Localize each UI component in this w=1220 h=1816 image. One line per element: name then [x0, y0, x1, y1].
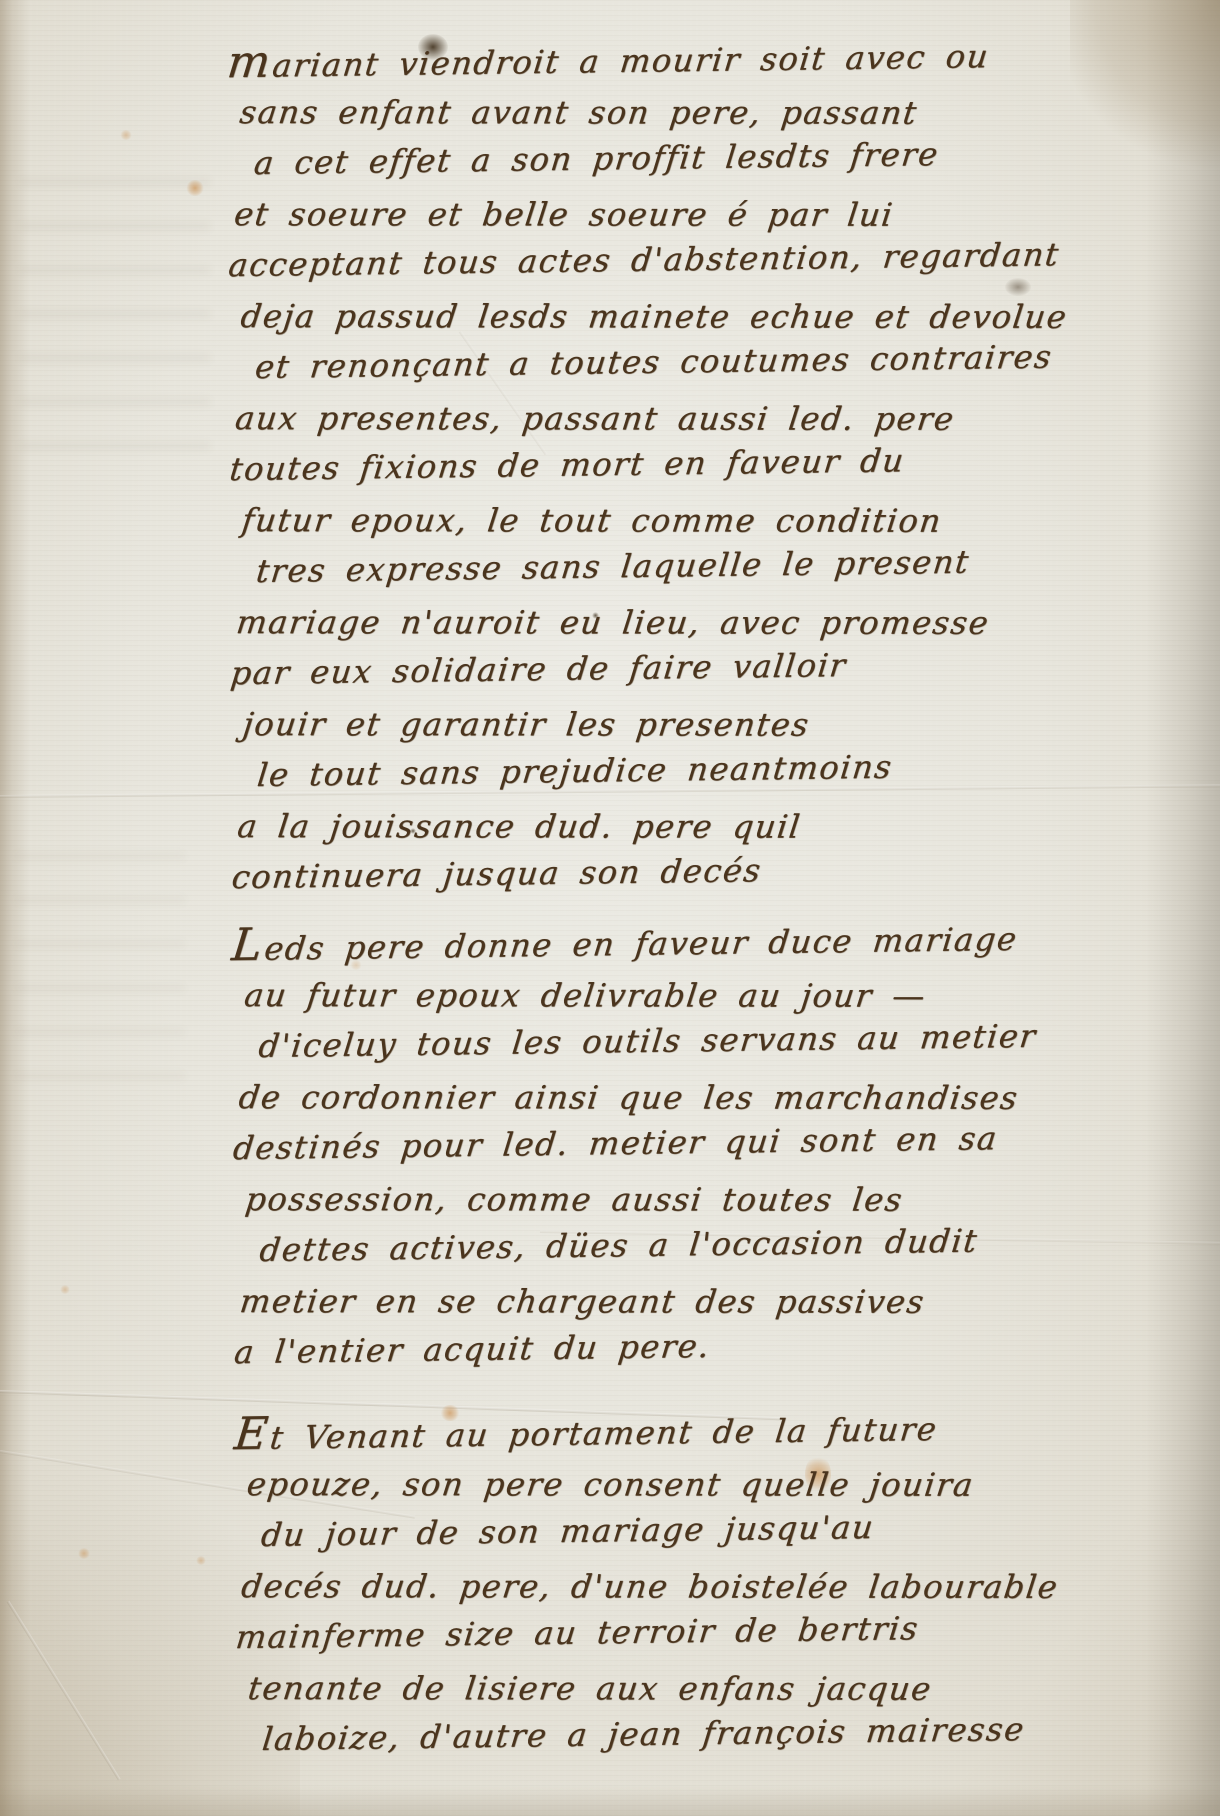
paragraph-2: Leds pere donne en faveur duce mariageau…: [232, 915, 1064, 1378]
text-line: laboize, d'autre a jean françois mairess…: [260, 1703, 1070, 1765]
paper-right-edge: [1145, 0, 1220, 1816]
manuscript-text: mariant viendroit a mourir soit avec ous…: [227, 32, 1066, 1765]
text-line: d'iceluy tous les outils servans au meti…: [256, 1010, 1066, 1072]
text-line: toutes fixions de mort en faveur du: [227, 433, 1063, 495]
paragraph-1: mariant viendroit a mourir soit avec ous…: [227, 32, 1062, 903]
text-line: Leds pere donne en faveur duce mariage: [229, 908, 1065, 970]
verso-show-through: [15, 820, 185, 1080]
stain: [60, 1285, 70, 1294]
text-line: a cet effet a son proffit lesdts frere: [251, 128, 1061, 190]
text-line: et renonçant a toutes coutumes contraire…: [252, 332, 1062, 394]
text-line: du jour de son mariage jusqu'au: [259, 1499, 1069, 1561]
text-line: continuera jusqua son decés: [229, 841, 1065, 903]
text-line: mariant viendroit a mourir soit avec ou: [225, 25, 1061, 87]
paper-corner-top-right: [1070, 0, 1220, 170]
text-line: tres expresse sans laquelle le present: [253, 535, 1063, 597]
manuscript-page: mariant viendroit a mourir soit avec ous…: [0, 0, 1220, 1816]
text-line: dettes actives, dües a l'occasion dudit: [257, 1214, 1067, 1276]
text-line: a l'entier acquit du pere.: [232, 1316, 1068, 1378]
text-line: Et Venant au portament de la future: [232, 1397, 1068, 1459]
verso-show-through: [20, 170, 210, 450]
paragraph-3: Et Venant au portament de la futureepouz…: [235, 1404, 1067, 1765]
text-line: mainferme size au terroir de bertris: [233, 1601, 1069, 1663]
stain: [120, 130, 132, 140]
stain: [186, 180, 204, 196]
text-line: destinés pour led. metier qui sont en sa: [231, 1112, 1067, 1174]
text-line: le tout sans prejudice neantmoins: [255, 739, 1065, 801]
text-line: par eux solidaire de faire valloir: [228, 637, 1064, 699]
text-line: acceptant tous actes d'abstention, regar…: [226, 229, 1062, 291]
